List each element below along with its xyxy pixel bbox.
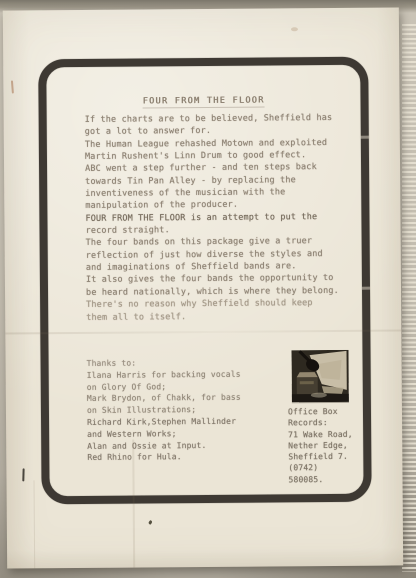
frame-wear-mark xyxy=(360,136,370,139)
address-line: Nether Edge, xyxy=(288,440,378,452)
address-line: Office Box xyxy=(288,406,378,418)
ink-speck xyxy=(148,520,153,525)
label-address: Office BoxRecords:71 Wake Road,Nether Ed… xyxy=(288,406,379,486)
torn-paper-edge xyxy=(402,24,416,572)
rust-mark xyxy=(11,80,14,93)
vertical-crease xyxy=(34,480,36,568)
desk-lamp-photo xyxy=(291,350,348,402)
page-title-text: FOUR FROM THE FLOOR xyxy=(143,96,265,109)
address-line: (0742) xyxy=(288,462,378,474)
text-line: The Human League rehashed Motown and exp… xyxy=(85,137,351,151)
text-line: Red Rhino for Hula. xyxy=(87,451,297,464)
scanned-liner-notes: FOUR FROM THE FLOOR If the charts are to… xyxy=(0,0,416,578)
text-line: FOUR FROM THE FLOOR is an attempt to put… xyxy=(85,211,351,225)
text-line: ABC went a step further - and ten steps … xyxy=(85,161,351,175)
text-line: reflection of just how diverse the style… xyxy=(86,248,352,262)
text-line: There's no reason why Sheffield should k… xyxy=(86,297,352,311)
paper-sheet: FOUR FROM THE FLOOR If the charts are to… xyxy=(3,7,403,568)
liner-notes-paragraph: If the charts are to be believed, Sheffi… xyxy=(85,112,353,324)
address-line: 580085. xyxy=(288,473,378,485)
address-line: 71 Wake Road, xyxy=(288,428,378,440)
text-line: If the charts are to be believed, Sheffi… xyxy=(85,112,351,126)
paper-stain xyxy=(291,27,298,31)
text-line: them all to itself. xyxy=(86,309,352,323)
address-line: Records: xyxy=(288,417,378,429)
address-line: Sheffield 7. xyxy=(288,451,378,463)
thanks-section: Thanks to:Ilana Harris for backing vocal… xyxy=(87,356,298,464)
pen-mark xyxy=(22,468,24,481)
frame-wear-mark xyxy=(361,287,371,290)
